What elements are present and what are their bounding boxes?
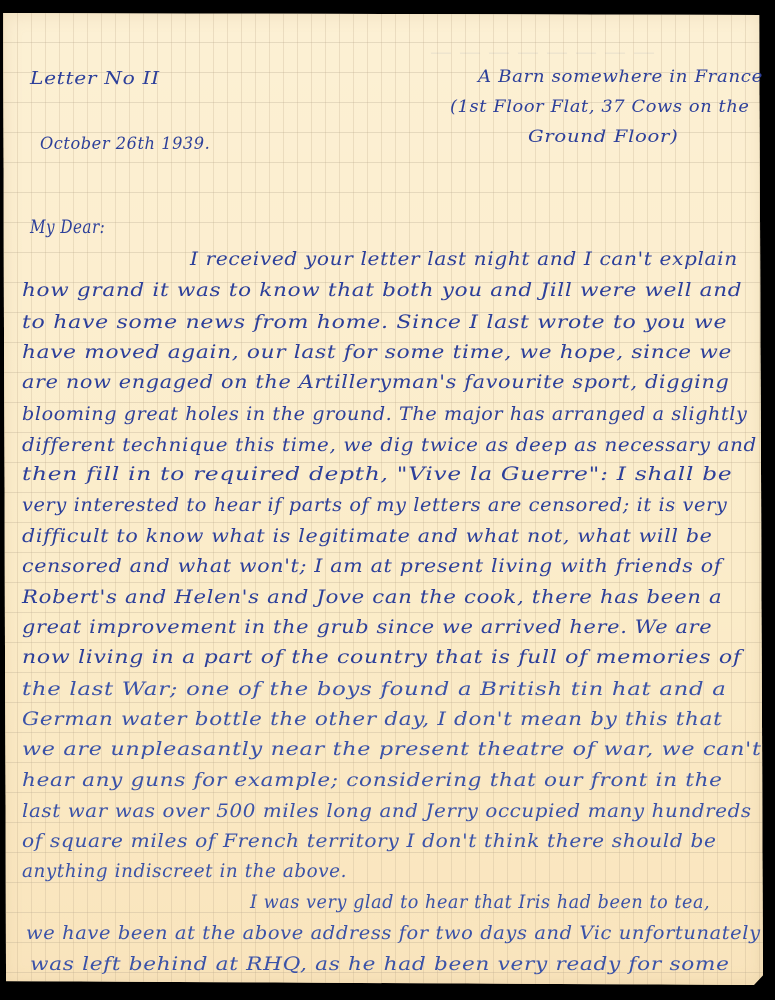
body-line: how grand it was to know that both you a… [22,281,742,300]
body-line: to have some news from home. Since I las… [22,313,727,332]
address-line-3: Ground Floor) [528,129,678,146]
body-line: I was very glad to hear that Iris had be… [250,893,710,912]
body-line: difficult to know what is legitimate and… [22,527,713,546]
body-line: the last War; one of the boys found a Br… [22,680,727,699]
body-line: great improvement in the grub since we a… [22,618,712,637]
body-line: I received your letter last night and I … [190,250,738,269]
body-line: censored and what won't; I am at present… [22,557,722,576]
salutation: My Dear: [30,218,105,237]
reverse-side-show-through: — — — — — — — — [430,40,655,65]
body-line: anything indiscreet in the above. [22,862,347,881]
address-line-2: (1st Floor Flat, 37 Cows on the [450,99,750,116]
body-line: hear any guns for example; considering t… [22,771,723,790]
body-line: different technique this time, we dig tw… [22,436,757,455]
body-line: of square miles of French territory I do… [22,832,717,851]
body-line: German water bottle the other day, I don… [22,710,722,729]
body-line: now living in a part of the country that… [22,648,742,667]
body-line: very interested to hear if parts of my l… [22,496,727,515]
letter-number: Letter No II [30,70,160,88]
body-line: have moved again, our last for some time… [22,343,732,362]
body-line: blooming great holes in the ground. The … [22,405,747,424]
body-line: was left behind at RHQ, as he had been v… [30,955,730,974]
address-line-1: A Barn somewhere in France [478,69,763,86]
body-line: we have been at the above address for tw… [26,924,761,943]
body-line: are now engaged on the Artilleryman's fa… [22,373,729,392]
body-line: Robert's and Helen's and Jove can the co… [22,588,722,607]
body-line: last war was over 500 miles long and Jer… [22,802,752,821]
letter-date: October 26th 1939. [40,136,210,153]
body-line: then fill in to required depth, "Vive la… [22,465,732,484]
body-line: we are unpleasantly near the present the… [22,740,762,759]
